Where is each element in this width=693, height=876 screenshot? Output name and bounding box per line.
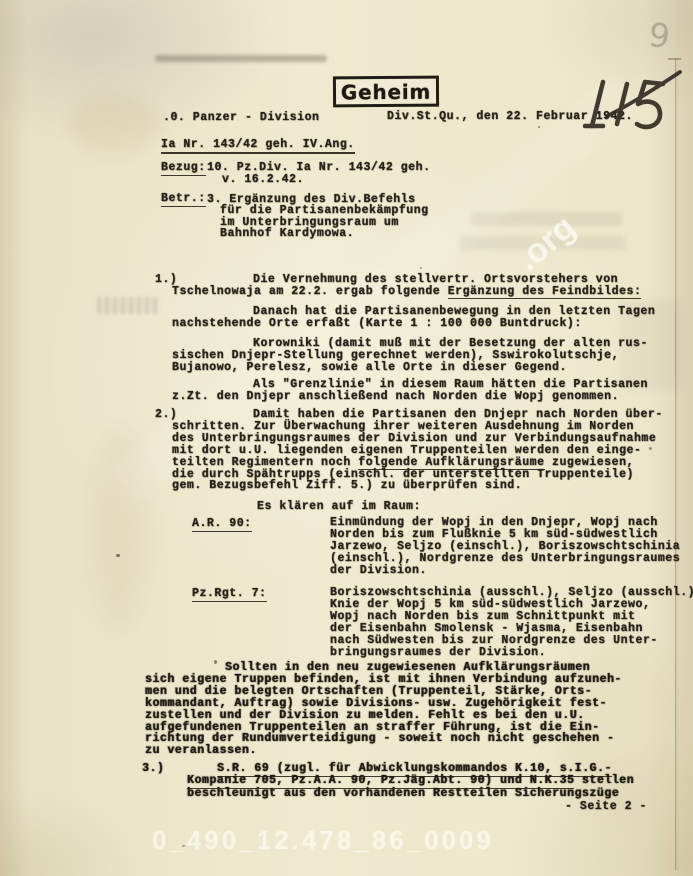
archive-reference-watermark: 0_490_12.478_86_0009 [152,825,494,856]
page-fold-tick [668,58,681,60]
paper-speck [420,267,422,269]
item-number: 2.) [155,409,177,421]
paper-stain [90,430,150,630]
paper-speck [538,126,540,128]
ink-bleedthrough [460,236,625,250]
place-and-date: Div.St.Qu., den 22. Februar 1942. [387,111,633,123]
handwritten-number-145 [583,68,689,134]
text-line: nachstehende Orte erfaßt (Karte 1 : 100 … [172,318,655,330]
paragraph-b10: 3.)S.R. 69 (zugl. für Abwicklungskommand… [187,763,634,800]
assignment-b7: A.R. 90:Einmündung der Wopj in den Dnjep… [192,517,680,577]
document-page: .org 0_490_12.478_86_0009 9 Geheim .0. P… [0,0,693,876]
file-reference: Ia Nr. 143/42 geh. IV.Ang. [161,139,355,151]
paper-speck [182,845,185,847]
classification-stamp: Geheim [333,76,439,108]
ink-smudge [155,55,327,62]
ink-bleedthrough [472,212,622,226]
paragraph-b5: 2.)Damit haben die Partisanen den Dnjepr… [172,409,663,492]
text-line: Tschelnowaja am 22.2. ergab folgende Erg… [172,286,641,298]
unit-designation: .0. Panzer - Division [163,112,319,124]
pencil-smudge [97,297,159,314]
text-line: Es klären auf im Raum: [257,501,421,513]
page-fold-line [675,58,676,870]
paragraph-b3: Korowniki (damit muß mit der Besetzung d… [172,338,648,374]
betreff-label: Betr.: [161,193,206,205]
paragraph-b4: Als "Grenzlinie" in diesem Raum hätten d… [172,379,648,403]
bezug-label: Bezug: [161,162,206,174]
pencil-page-number: 9 [647,15,673,56]
text-line: bringungsraumes der Division. [330,647,693,659]
text-line: zu veranlassen. [145,745,622,757]
assignment-b8: Pz.Rgt. 7:Boriszowschtschinia (ausschl.)… [192,587,693,658]
text-line: z.Zt. den Dnjepr anschließend nach Norde… [172,391,648,403]
paper-stain [70,95,160,155]
betreff-line: Bahnhof Kardymowa. [220,228,354,240]
text-line: der Division. [330,565,680,577]
paragraph-b2: Danach hat die Partisanenbewegung in den… [172,306,655,330]
paragraph-b6: Es klären auf im Raum: [257,501,421,513]
text-line: Bujanowo, Perelesz, sowie alle Orte in d… [172,362,648,374]
item-number: 3.) [142,763,164,775]
bezug-line: v. 16.2.42. [222,174,304,186]
paper-speck [116,554,120,557]
page-indicator: - Seite 2 - [565,801,647,813]
paragraph-b1: 1.)Die Vernehmung des stellvertr. Ortsvo… [172,274,641,298]
text-line: beschleunigt aus den vorhandenen Resttei… [187,788,634,800]
item-number: 1.) [155,274,177,286]
unit-label: Pz.Rgt. 7: [192,588,267,600]
paragraph-b9: Sollten in den neu zugewiesenen Aufkläru… [145,662,622,757]
page-fold-shade [677,0,693,876]
text-line: gem. Bezugsbefehl Ziff. 5.) zu überprüfe… [172,480,663,492]
unit-label: A.R. 90: [192,518,252,530]
